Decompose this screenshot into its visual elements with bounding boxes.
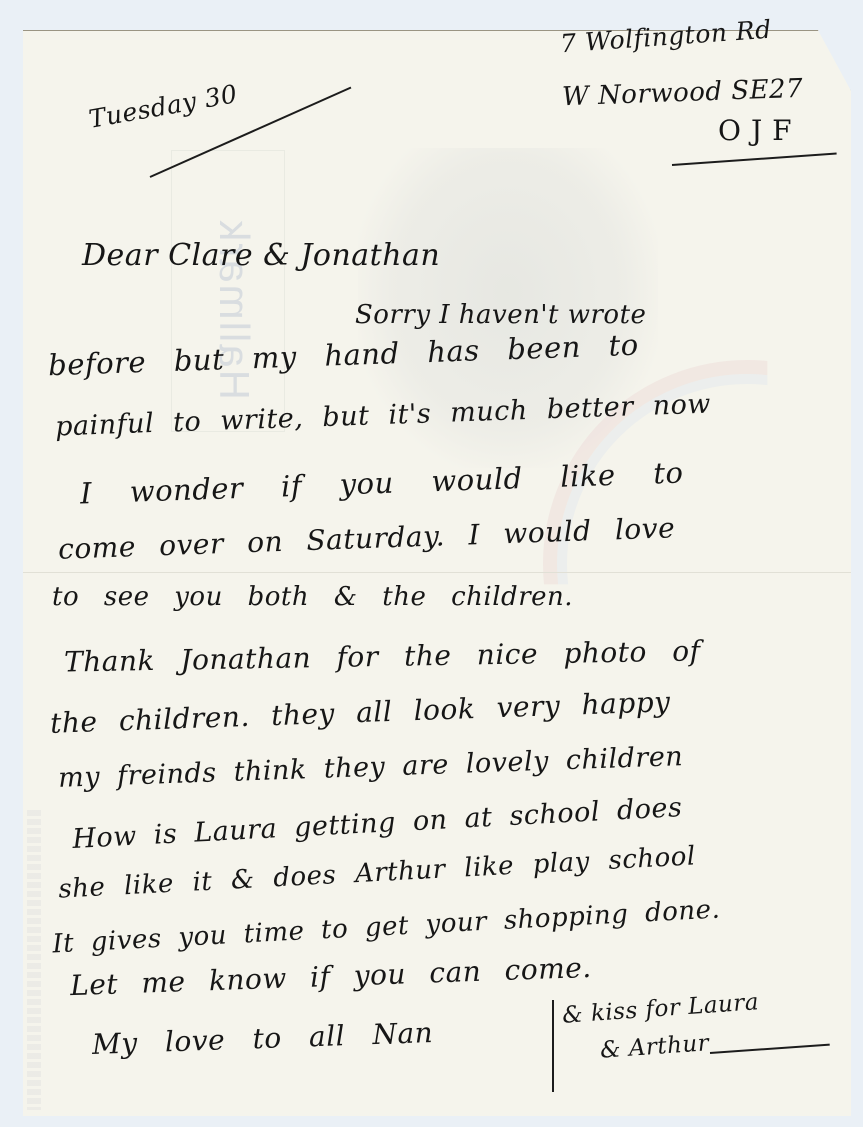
- body-line-1: Sorry I haven't wrote: [355, 300, 646, 330]
- address-postcode: OJF: [718, 114, 802, 147]
- paper-fold-line: [23, 572, 851, 573]
- body-line-6: to see you both & the children.: [52, 582, 573, 612]
- postscript-divider-line: [552, 1000, 554, 1092]
- salutation: Dear Clare & Jonathan: [82, 238, 440, 273]
- show-through-fine-print: [27, 810, 41, 1110]
